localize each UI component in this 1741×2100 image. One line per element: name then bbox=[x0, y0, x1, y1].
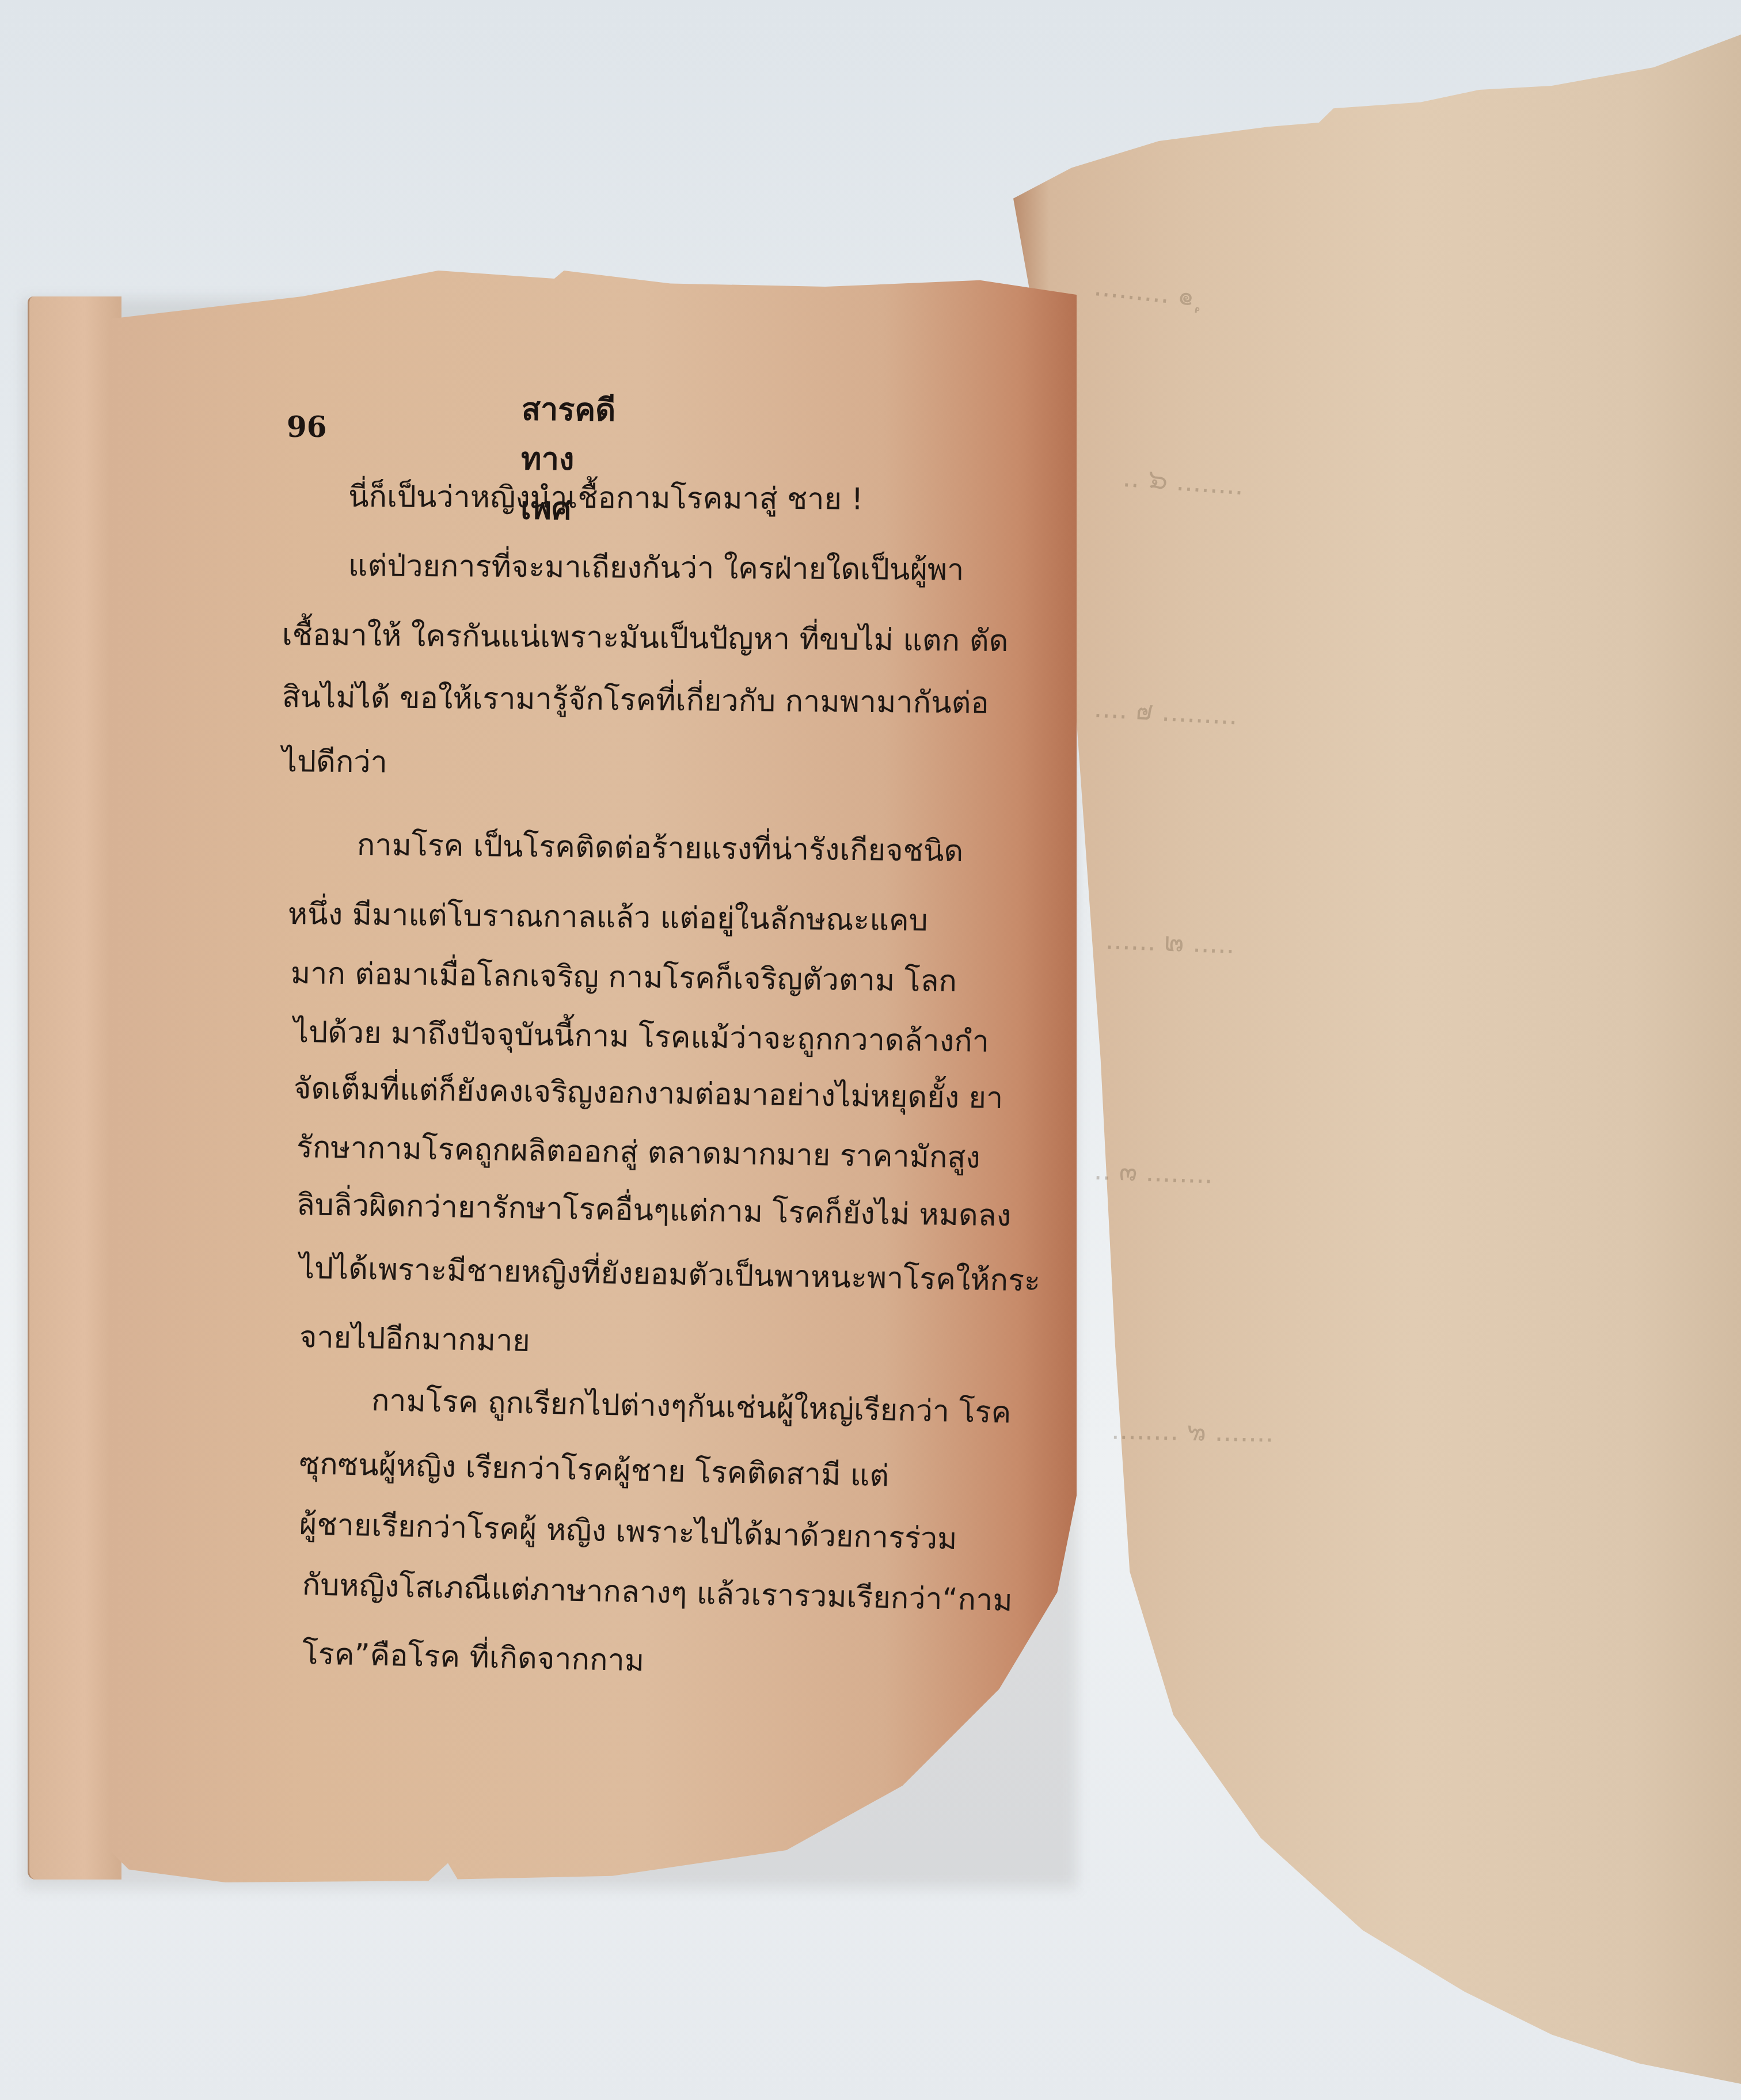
bleed-line: ..... ๗ ...... bbox=[1105, 919, 1236, 965]
text-line: จัดเต็มที่แต่ก็ยังคงเจริญงอกงามต่อมาอย่า… bbox=[293, 1064, 1003, 1121]
text-line: กามโรค เป็นโรคติดต่อร้ายแรงที่น่ารังเกีย… bbox=[357, 820, 964, 874]
text-line: หนึ่ง มีมาแต่โบราณกาลแล้ว แต่อยู่ในลักษณ… bbox=[288, 889, 929, 944]
text-line: แต่ป่วยการที่จะมาเถียงกันว่า ใครฝ่ายใดเป… bbox=[348, 541, 964, 593]
text-line: เชื้อมาให้ ใครกันแน่เพราะมันเป็นปัญหา ที… bbox=[282, 610, 1009, 664]
text-line: โรค”คือโรค ที่เกิดจากกาม bbox=[302, 1629, 645, 1684]
text-line: มาก ต่อมาเมื่อโลกเจริญ กามโรคก็เจริญตัวต… bbox=[290, 949, 957, 1005]
right-page bbox=[1013, 35, 1741, 2084]
page-number: 96 bbox=[287, 410, 327, 444]
bleed-line: ....... ๙ ........ bbox=[1111, 1409, 1274, 1454]
text-line: ไปด้วย มาถึงปัจจุบันนี้กาม โรคแม้ว่าจะถู… bbox=[293, 1007, 989, 1065]
text-line: นี่ก็เป็นว่าหญิงนำเชื้อกามโรคมาสู่ ชาย ! bbox=[348, 472, 864, 523]
text-line: จายไปอีกมากมาย bbox=[299, 1312, 530, 1364]
bleed-line: ........ ๔ .. bbox=[1122, 456, 1245, 507]
text-line: ไปดีกว่า bbox=[282, 737, 388, 786]
book-back-cover-edge bbox=[28, 296, 121, 1880]
bleed-line: ......... ๒ .... bbox=[1093, 687, 1238, 737]
text-line: สินไม่ได้ ขอให้เรามารู้จักโรคที่เกี่ยวกั… bbox=[282, 672, 989, 726]
bleed-line: ........ ๓ .. bbox=[1093, 1149, 1214, 1195]
